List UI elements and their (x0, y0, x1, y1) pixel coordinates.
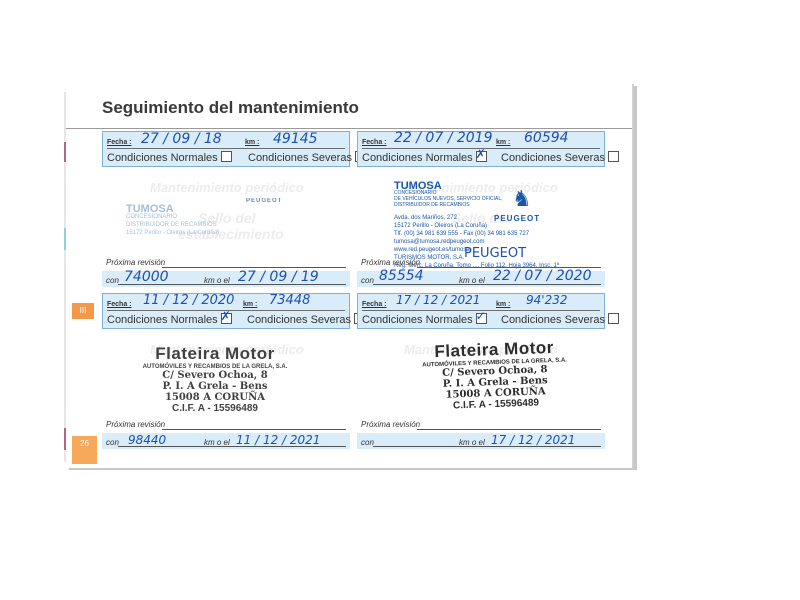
stamp-line: DISTRIBUIDOR DE RECAMBIOS (394, 202, 574, 208)
stamp-address: P. I. A Grela - Bens (140, 381, 290, 392)
con-label: con (361, 438, 374, 447)
next-review-label: Próxima revisión (361, 258, 420, 267)
normal-checkbox[interactable]: ✓ (476, 313, 487, 324)
service-entry-2: Fecha : 22 / 07 / 2019 km : 60594 Condic… (357, 131, 605, 167)
fecha-label: Fecha : (362, 301, 387, 308)
normal-conditions: Condiciones Normales✗ (362, 151, 487, 164)
severe-label: Condiciones Severas (501, 314, 605, 326)
underline (162, 267, 346, 268)
normal-conditions: Condiciones Normales✗ (107, 313, 232, 326)
underline (162, 429, 346, 430)
normal-label: Condiciones Normales (107, 152, 218, 164)
peugeot-lion-icon: ♞ (512, 186, 532, 212)
section-tab: III (72, 303, 94, 319)
next-review-label: Próxima revisión (361, 420, 420, 429)
service-entry-3: Fecha : 11 / 12 / 2020 km : 73448 Condic… (102, 293, 350, 329)
service-entry-4: Fecha : 17 / 12 / 2021 km : 94'232 Condi… (357, 293, 605, 329)
fecha-label: Fecha : (107, 301, 132, 308)
normal-conditions: Condiciones Normales✓ (362, 313, 487, 326)
service-date: 17 / 12 / 2021 (396, 293, 480, 307)
stamp-line: DISTRIBUIDOR DE RECAMBIOS (126, 221, 286, 229)
next-km: 98440 (128, 433, 166, 447)
dealer-stamp-faded: TUMOSA CONCESIONARIO DISTRIBUIDOR DE REC… (126, 205, 286, 237)
service-km: 49145 (273, 131, 318, 147)
severe-conditions: Condiciones Severas (248, 151, 366, 164)
con-label: con (106, 438, 119, 447)
check-mark-icon: ✗ (476, 147, 486, 161)
stamp-address: Avda. dos Mariños, 272 (394, 214, 574, 222)
next-date: 17 / 12 / 2021 (491, 433, 575, 447)
con-label: con (106, 276, 119, 285)
severe-label: Condiciones Severas (501, 152, 605, 164)
stamp-address: 15008 A CORUÑA (140, 392, 290, 403)
normal-conditions: Condiciones Normales (107, 151, 232, 164)
severe-conditions: Condiciones Severas (501, 313, 619, 326)
stamp-cif: C.I.F. A - 15596489 (140, 403, 290, 414)
severe-conditions: Condiciones Severas (501, 151, 619, 164)
stamp-brand: TUMOSA (394, 182, 574, 190)
fecha-label: Fecha : (362, 139, 387, 146)
service-date: 11 / 12 / 2020 (143, 293, 234, 308)
underline (118, 446, 346, 447)
check-mark-icon: ✗ (221, 309, 231, 323)
normal-checkbox[interactable]: ✗ (221, 313, 232, 324)
stamp-phone: Tlf. (00) 34 981 639 555 - Fax (00) 34 9… (394, 230, 574, 238)
stamp-address: 15172 Perillo - Oleiros (La Coruña) (394, 222, 574, 230)
workshop-stamp: Flateira Motor AUTOMÓVILES Y RECAMBIOS D… (419, 337, 571, 412)
severe-conditions: Condiciones Severas (247, 313, 365, 326)
normal-checkbox[interactable]: ✗ (476, 151, 487, 162)
stamp-line: 15172 Perillo - Oleiros (La Coruña) (126, 229, 286, 237)
watermark-title: Mantenimiento periódico (150, 180, 304, 195)
underline (373, 446, 601, 447)
service-date: 27 / 09 / 18 (141, 131, 222, 147)
underline (118, 284, 346, 285)
normal-label: Condiciones Normales (107, 314, 218, 326)
severe-label: Condiciones Severas (247, 314, 351, 326)
underline (417, 429, 601, 430)
stamp-brand: TUMOSA (126, 205, 286, 213)
severe-checkbox[interactable] (608, 151, 619, 162)
next-date: 22 / 07 / 2020 (493, 268, 592, 284)
page-title: Seguimiento del mantenimiento (102, 98, 359, 118)
workshop-stamp: Flateira Motor AUTOMÓVILES Y RECAMBIOS D… (140, 344, 290, 414)
stamp-address: C/ Severo Ochoa, 8 (140, 370, 290, 381)
km-label: km : (243, 301, 257, 308)
severe-checkbox[interactable] (608, 313, 619, 324)
handwritten-peugeot: PEUGEOT (464, 246, 526, 261)
stamp-line: CONCESIONARIO (126, 213, 286, 221)
check-mark-icon: ✓ (476, 309, 486, 323)
fecha-label: Fecha : (107, 139, 132, 146)
severe-label: Condiciones Severas (248, 152, 352, 164)
normal-label: Condiciones Normales (362, 314, 473, 326)
km-label: km : (496, 301, 510, 308)
next-date: 27 / 09 / 19 (238, 269, 319, 285)
next-km: 74000 (124, 269, 169, 285)
service-km: 73448 (269, 293, 310, 308)
next-review-label: Próxima revisión (106, 420, 165, 429)
title-divider (66, 128, 632, 129)
service-km: 94'232 (526, 293, 567, 307)
km-label: km : (496, 139, 510, 146)
page-number: 26 (72, 436, 97, 464)
stamp-email: tumosa@tumosa.redpeugeot.com (394, 238, 574, 246)
normal-checkbox[interactable] (221, 151, 232, 162)
next-review-label: Próxima revisión (106, 258, 165, 267)
normal-label: Condiciones Normales (362, 152, 473, 164)
con-label: con (361, 276, 374, 285)
service-entry-1: Fecha : 27 / 09 / 18 km : 49145 Condicio… (102, 131, 350, 167)
next-km: 85554 (379, 268, 424, 284)
service-km: 60594 (524, 130, 569, 146)
service-date: 22 / 07 / 2019 (394, 130, 493, 146)
stamp-name: Flateira Motor (140, 344, 290, 364)
next-date: 11 / 12 / 2021 (236, 433, 320, 447)
underline (373, 284, 601, 285)
km-label: km : (245, 139, 259, 146)
peugeot-logo-faded: PEUGEOT (246, 198, 282, 204)
peugeot-logo: PEUGEOT (494, 214, 540, 223)
